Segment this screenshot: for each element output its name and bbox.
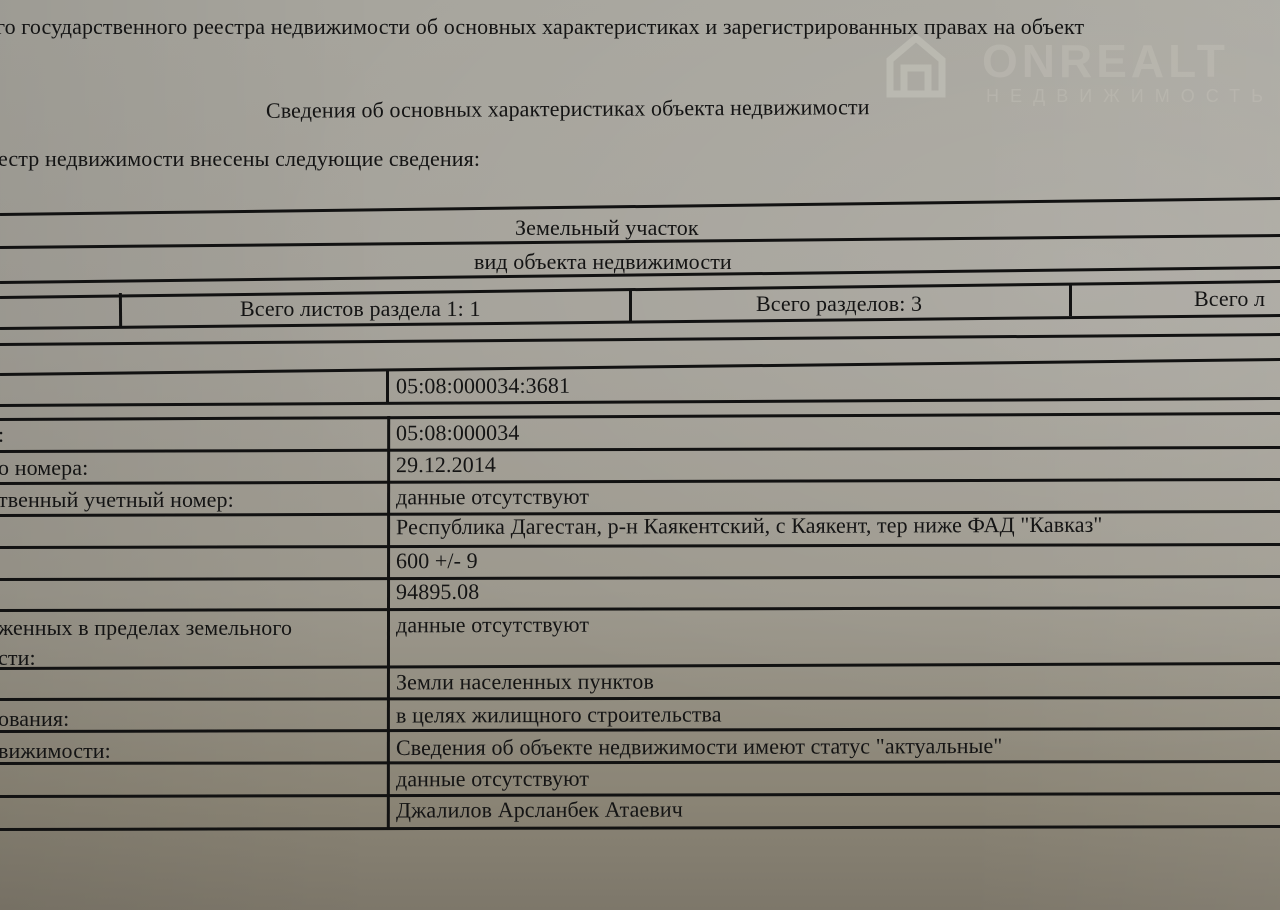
object-type-caption: вид объекта недвижимости	[474, 249, 732, 275]
intro-line: естр недвижимости внесены следующие свед…	[0, 146, 480, 172]
table-rule	[0, 446, 1280, 453]
column-divider	[1069, 283, 1072, 316]
row-value: 05:08:000034:3681	[396, 373, 570, 400]
column-divider	[387, 416, 390, 828]
row-value: Республика Дагестан, р-н Каякентский, с …	[396, 512, 1103, 540]
row-label-continued: сти:	[0, 645, 36, 671]
row-label: вижимости:	[0, 738, 111, 764]
row-value: данные отсутствуют	[396, 484, 589, 511]
row-value: 94895.08	[396, 579, 479, 605]
table-rule	[0, 280, 1280, 299]
row-value: 600 +/- 9	[396, 548, 478, 574]
row-value: Джалилов Арсланбек Атаевич	[396, 796, 683, 823]
table-rule	[0, 825, 1280, 831]
paper-shading	[0, 0, 1280, 910]
row-value: данные отсутствуют	[396, 766, 589, 793]
row-label: :	[0, 422, 4, 448]
table-rule	[0, 314, 1280, 330]
table-rule	[0, 333, 1280, 346]
row-label: женных в пределах земельного	[0, 615, 292, 641]
table-rule	[0, 727, 1280, 733]
watermark-subtitle: НЕДВИЖИМОСТЬ	[986, 86, 1274, 107]
sheets-in-section: Всего листов раздела 1: 1	[240, 296, 481, 322]
watermark-brand: ONREALT	[982, 34, 1229, 88]
row-value: в целях жилищного строительства	[396, 701, 722, 728]
column-divider	[629, 290, 632, 323]
row-label: ования:	[0, 706, 69, 732]
row-value: 05:08:000034	[396, 420, 520, 446]
house-icon	[886, 34, 946, 98]
table-rule	[0, 358, 1280, 376]
table-rule	[0, 478, 1280, 485]
table-rule	[0, 397, 1280, 407]
table-rule	[0, 412, 1280, 421]
total-sections: Всего разделов: 3	[756, 291, 922, 317]
document-header: го государственного реестра недвижимости…	[0, 14, 1084, 40]
row-label: о номера:	[0, 455, 88, 481]
section-title: Сведения об основных характеристиках объ…	[266, 94, 870, 124]
row-label: твенный учетный номер:	[0, 487, 234, 513]
object-type: Земельный участок	[515, 215, 699, 241]
table-rule	[0, 696, 1280, 701]
row-value: Сведения об объекте недвижимости имеют с…	[396, 733, 1002, 761]
table-rule	[0, 760, 1280, 765]
row-value: данные отсутствуют	[396, 612, 589, 639]
column-divider	[119, 293, 122, 327]
table-rule	[0, 197, 1280, 216]
row-value: Земли населенных пунктов	[396, 669, 654, 696]
total-sheets: Всего л	[1194, 286, 1265, 312]
table-rule	[0, 575, 1280, 581]
table-rule	[0, 543, 1280, 549]
column-divider	[386, 370, 389, 404]
table-rule	[0, 606, 1280, 612]
row-value: 29.12.2014	[396, 452, 496, 478]
